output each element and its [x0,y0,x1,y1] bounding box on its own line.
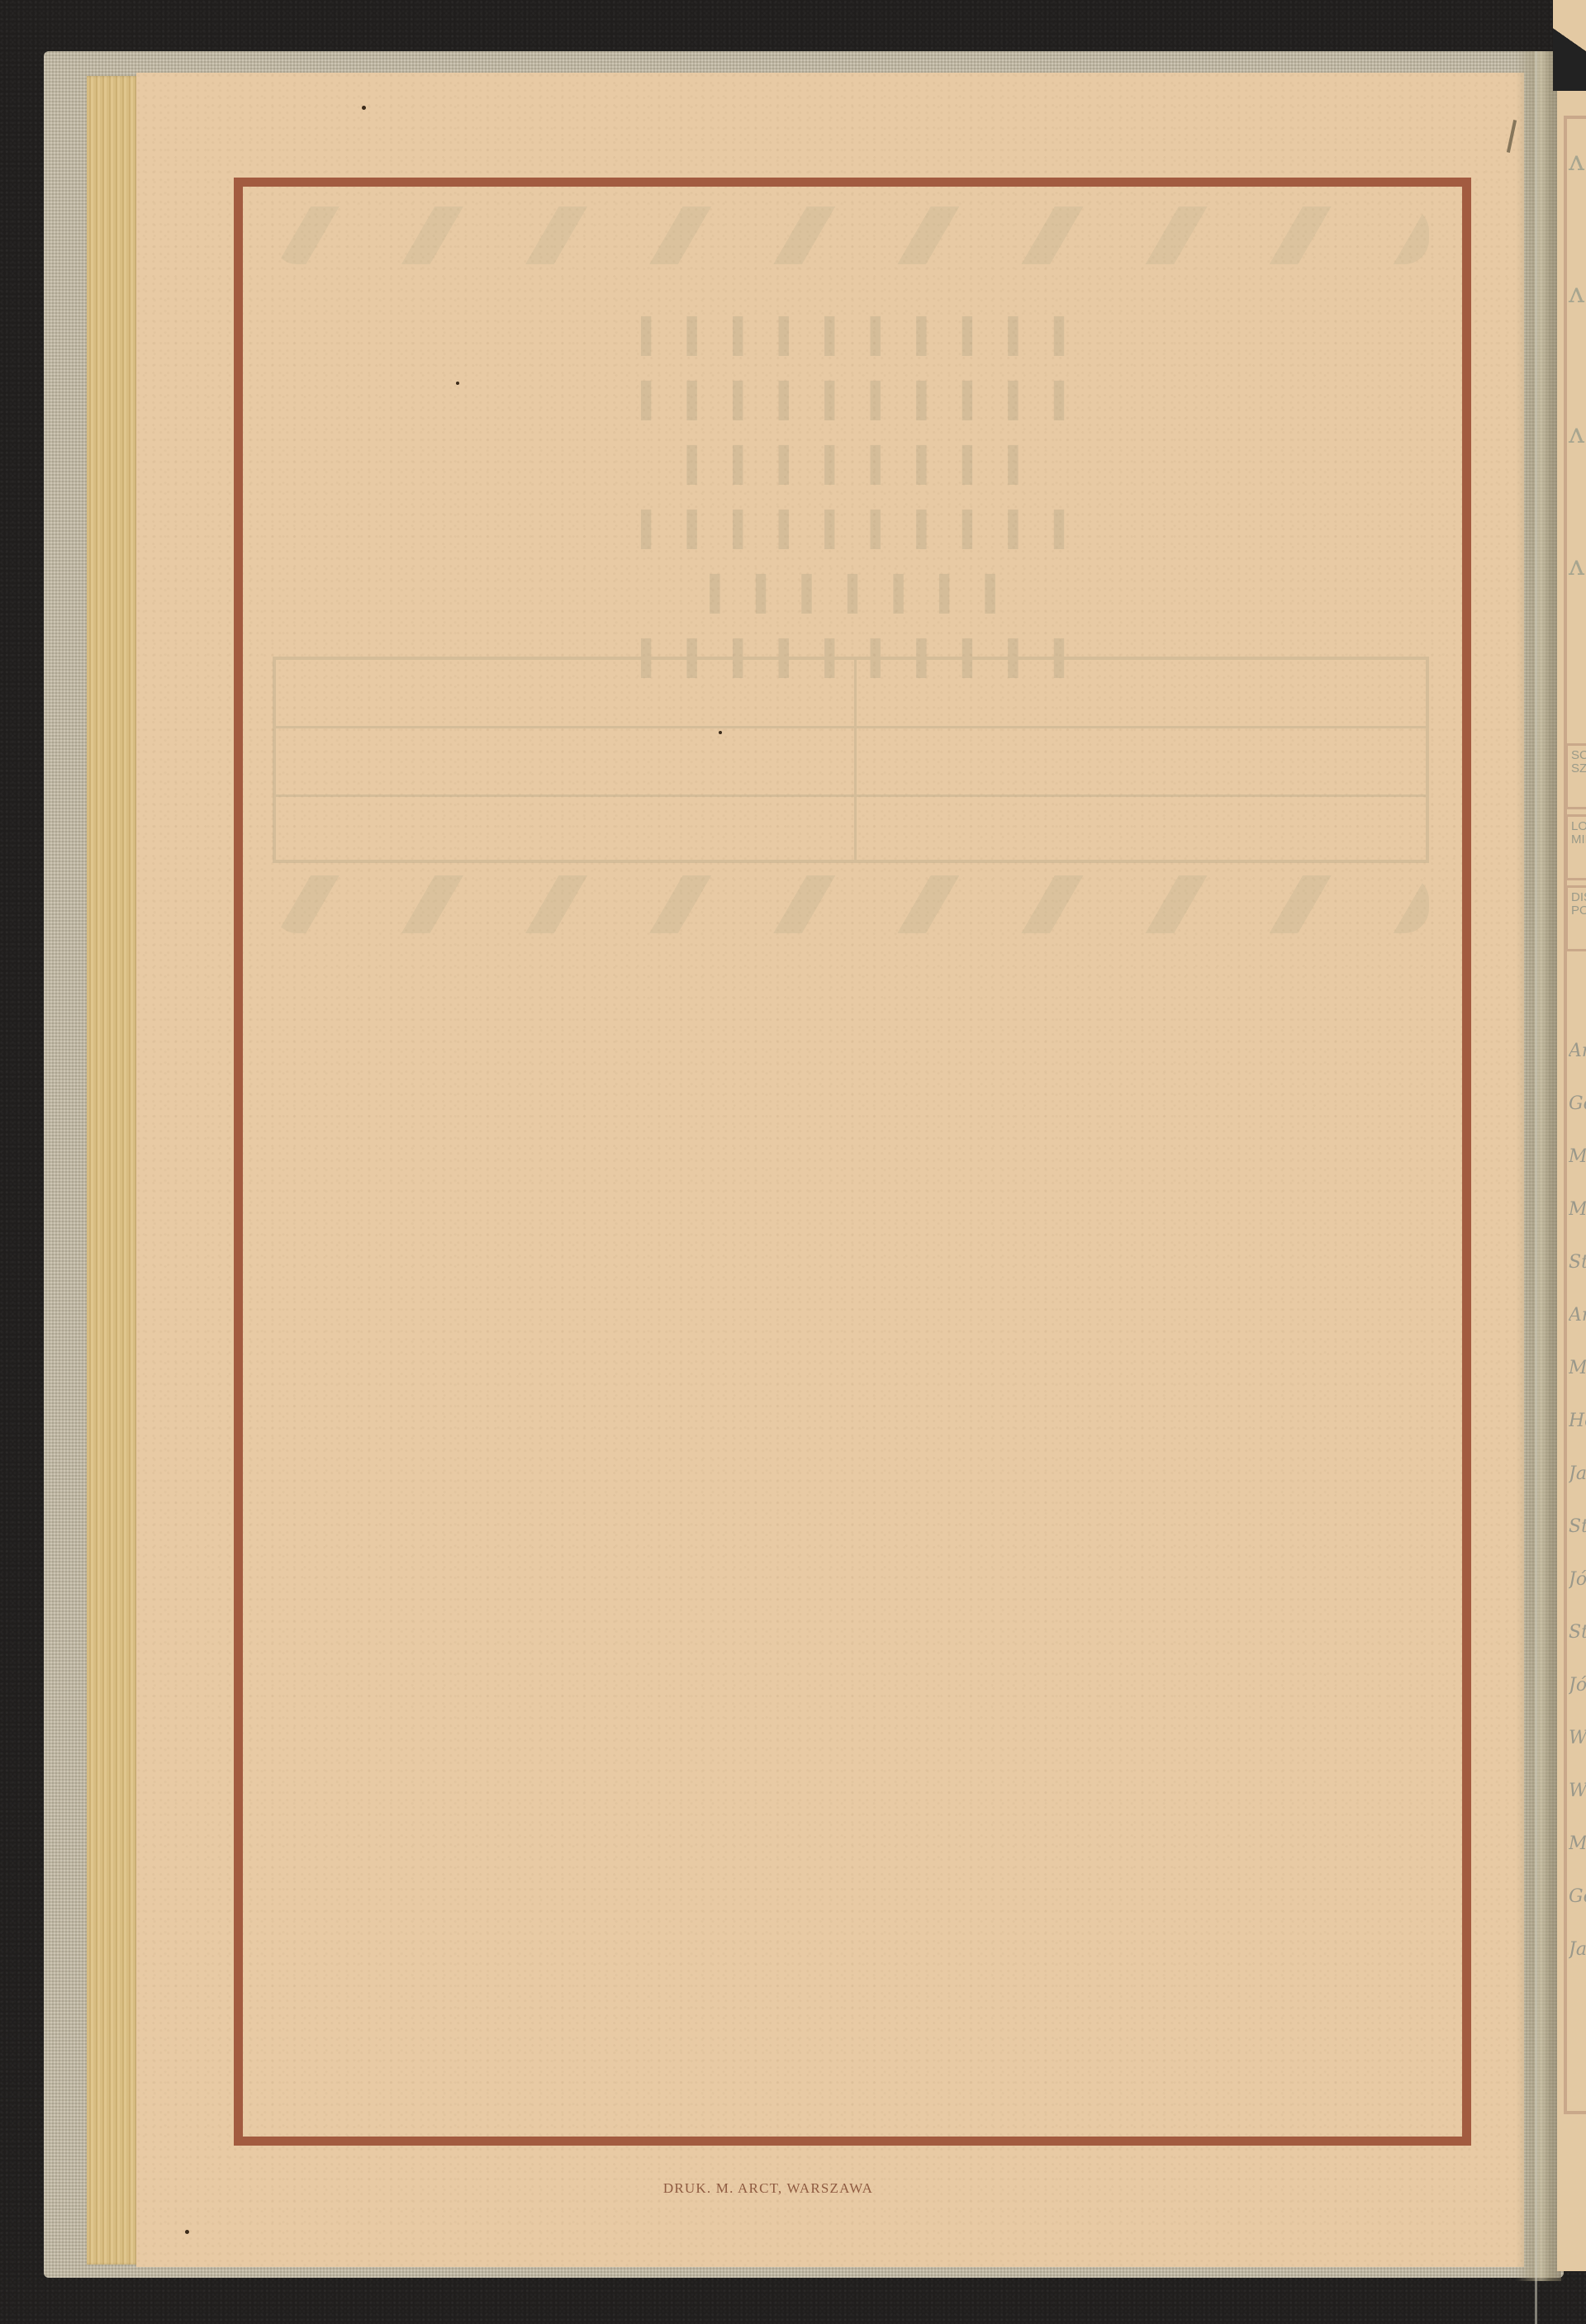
handwritten-name: Stanis [1569,1252,1586,1305]
paper-speck [456,382,459,385]
handwritten-name: Józef [1569,1569,1586,1622]
printed-page-frame [234,178,1471,2146]
binding-gutter-shadow [1516,51,1561,2281]
next-page-ornament: ʌ [1569,149,1586,173]
handwritten-name: An [1569,1305,1586,1358]
handwritten-name: Marj [1569,1833,1586,1886]
handwritten-name: Genow [1569,1886,1586,1939]
handwritten-name: Józef [1569,1675,1586,1728]
handwritten-name: Wit [1569,1781,1586,1833]
handwritten-name: Ja [1569,1463,1586,1516]
next-page-box: LOC MIE [1565,814,1586,880]
page-block-edges [87,76,138,2265]
handwritten-name: Hel [1569,1411,1586,1463]
paper-speck [719,731,722,734]
gutter-highlight-line [1535,51,1537,2324]
next-page-ornament: ʌ [1569,553,1586,578]
next-page-fragment: ʌ ʌ ʌ ʌ SCH SZKO LOC MIE DIST PO Ann Gen… [1557,91,1586,2271]
handwritten-name: Genow [1569,1093,1586,1146]
handwritten-name: Marja [1569,1199,1586,1252]
next-page-boxes: SCH SZKO LOC MIE DIST PO [1565,743,1586,956]
printer-imprint: DRUK. M. ARCT, WARSZAWA [0,2180,1586,2197]
handwritten-name: Jan [1569,1939,1586,1992]
paper-speck [362,106,366,110]
handwritten-name: Marja [1569,1146,1586,1199]
next-page-box: DIST PO [1565,885,1586,951]
handwritten-name: Ann [1569,1041,1586,1093]
next-page-handwritten-names: Ann Genow Marja Marja Stanis An Ma Hel J… [1569,1041,1586,1992]
handwritten-name: Ma [1569,1358,1586,1411]
next-page-ornament: ʌ [1569,281,1586,306]
printer-imprint-text: DRUK. M. ARCT, WARSZAWA [663,2180,873,2197]
next-page-box: SCH SZKO [1565,743,1586,809]
next-page-ornament: ʌ [1569,421,1586,446]
paper-speck [185,2230,189,2234]
handwritten-name: Stan [1569,1622,1586,1675]
next-page-corner [1553,0,1586,91]
handwritten-name: St [1569,1516,1586,1569]
handwritten-name: Wła [1569,1728,1586,1781]
